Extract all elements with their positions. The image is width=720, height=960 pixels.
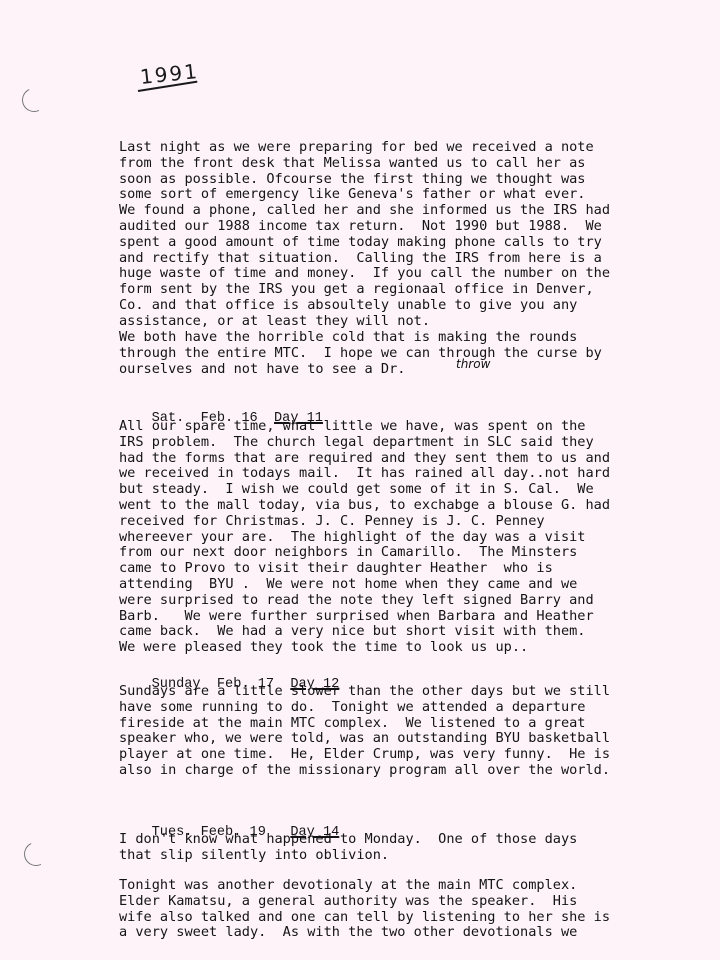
punch-hole-bottom <box>21 839 52 870</box>
paragraph-irs-note: Last night as we were preparing for bed … <box>119 140 610 330</box>
entry-body-feb16: All our spare time, what little we have,… <box>119 419 610 656</box>
entry-body-feb17: Sundays are a little slower than the oth… <box>119 684 610 779</box>
paragraph-cold: We both have the horrible cold that is m… <box>119 330 602 377</box>
entry-body-feb19-a: I don't know what happened to Monday. On… <box>119 832 577 864</box>
punch-hole-top <box>19 85 50 116</box>
handwritten-correction-throw: throw <box>456 357 490 371</box>
journal-page: 1991 Last night as we were preparing for… <box>0 0 720 960</box>
entry-body-feb19-b: Tonight was another devotionaly at the m… <box>119 878 610 941</box>
